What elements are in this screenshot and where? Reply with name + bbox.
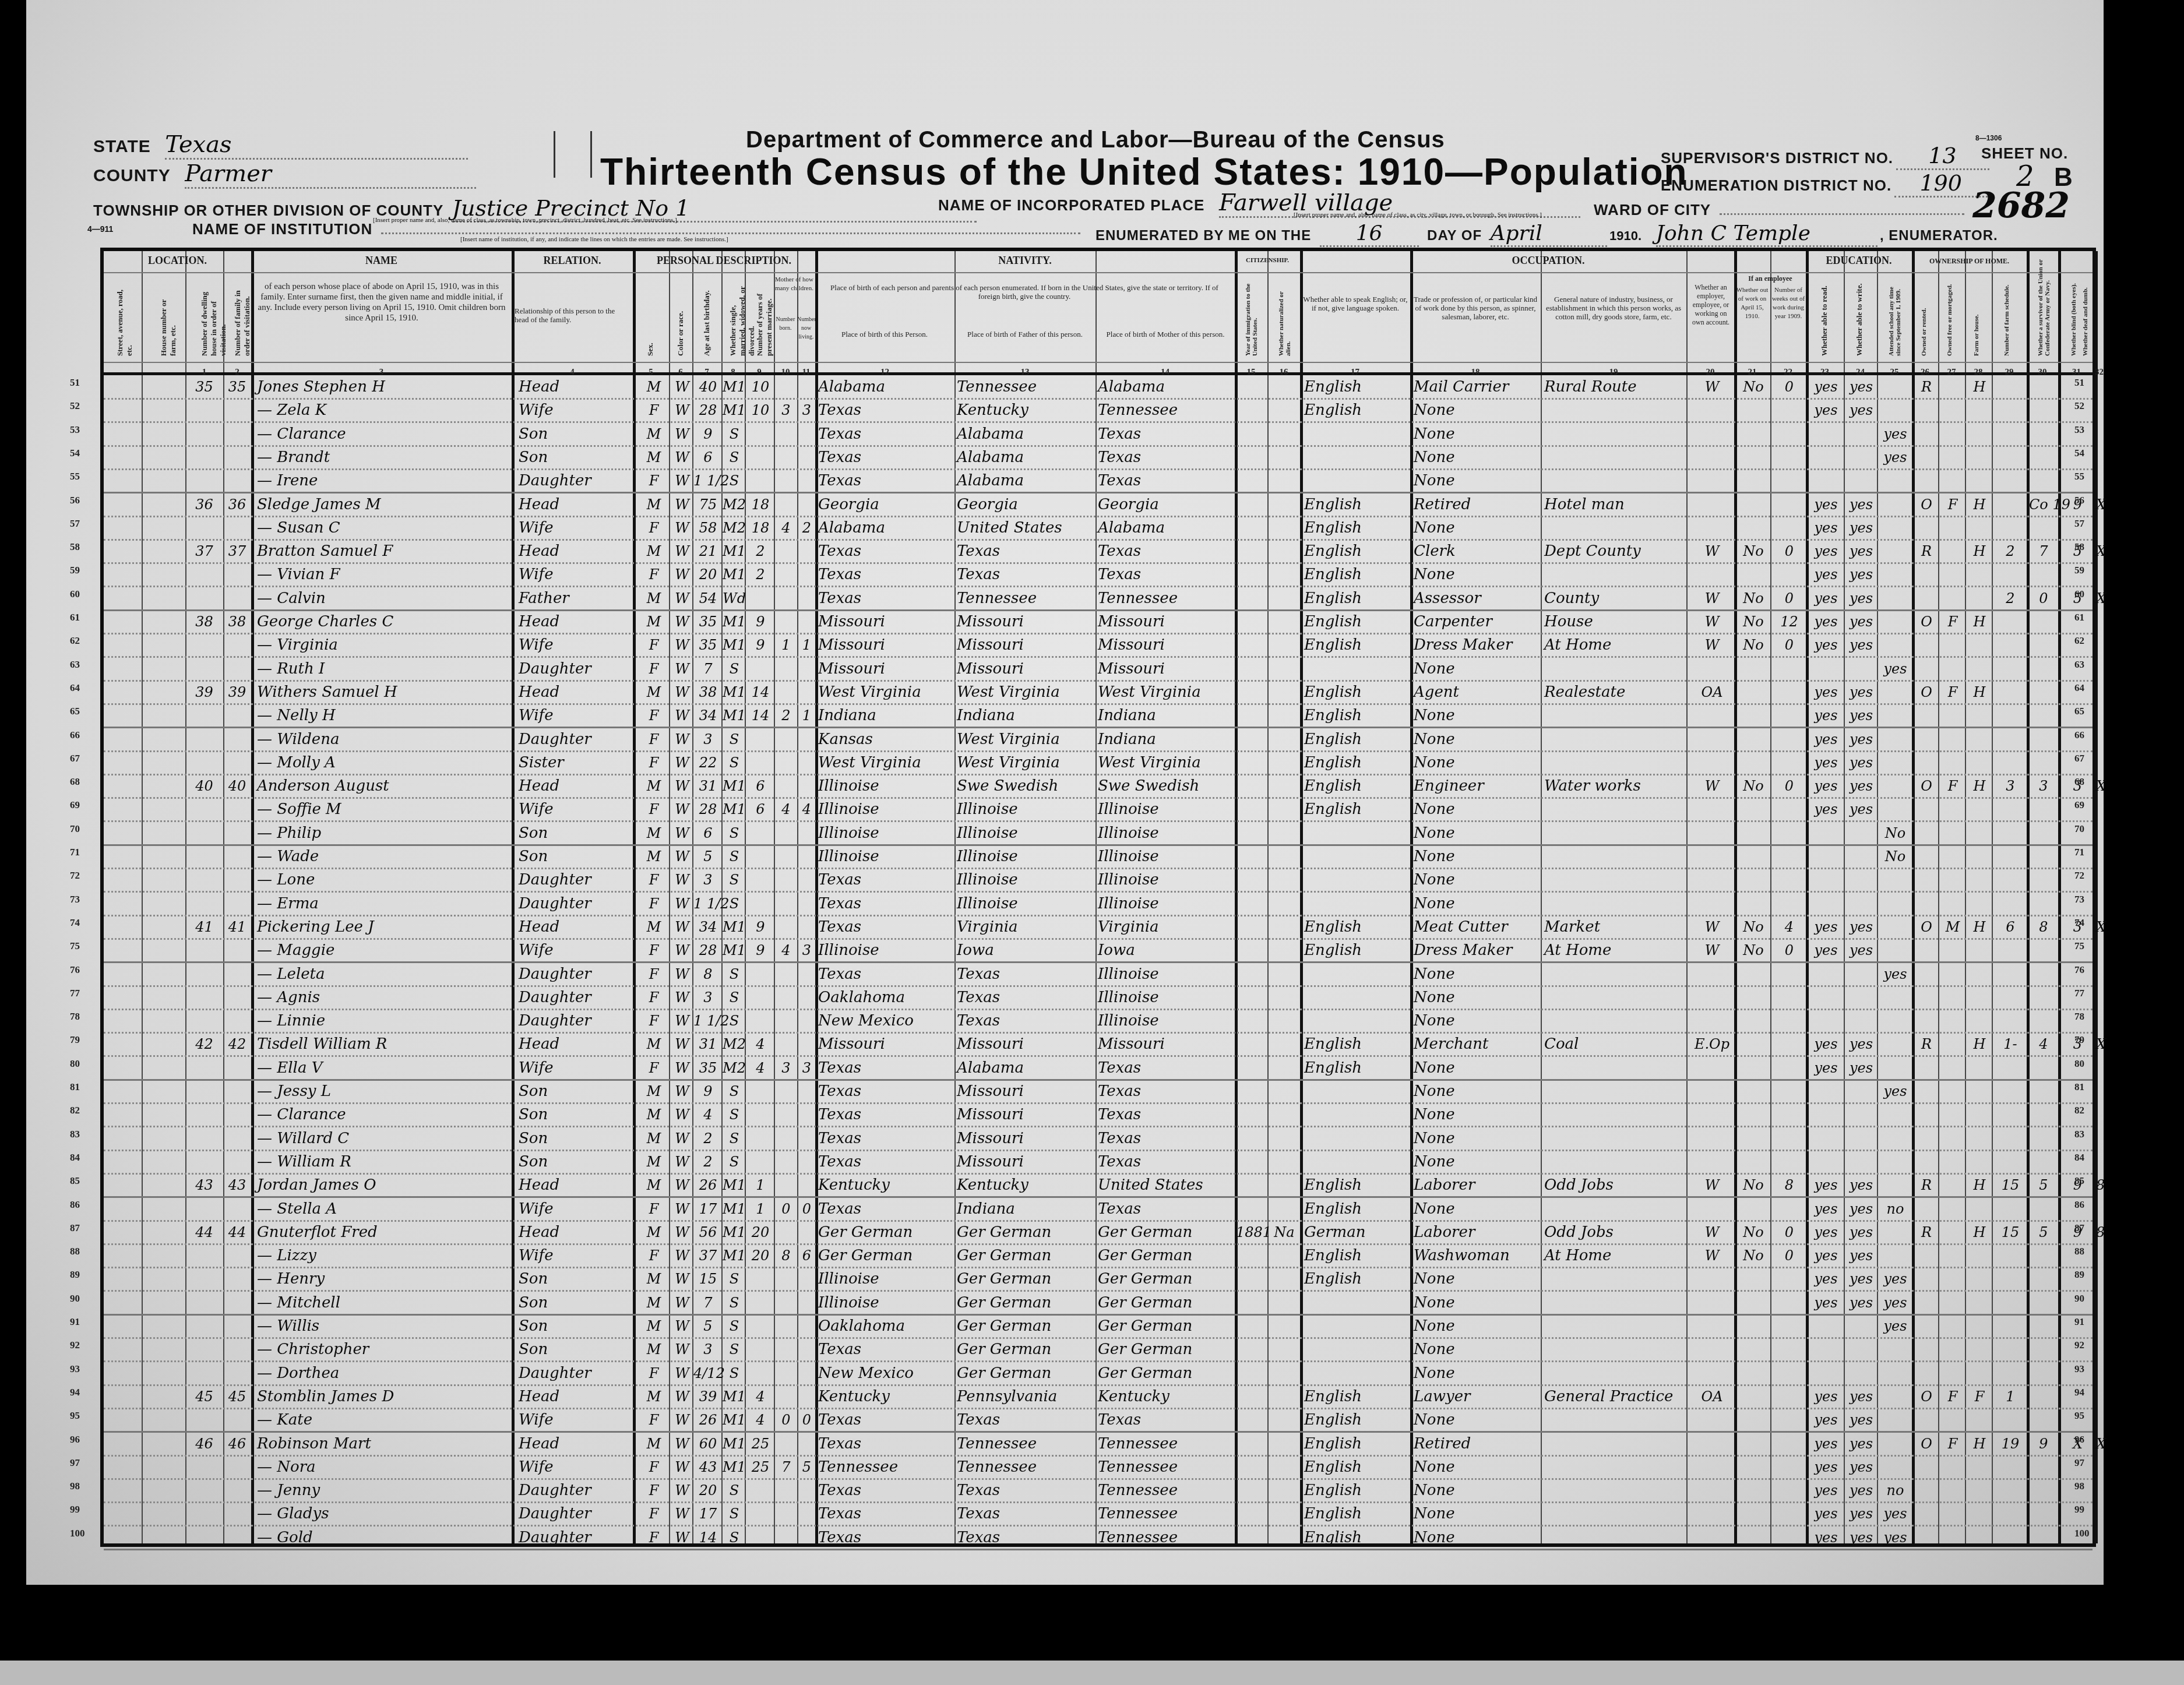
sex-cell: F	[639, 798, 669, 820]
language-cell	[1304, 1292, 1410, 1314]
race-cell: W	[672, 1268, 692, 1290]
marital-status-cell: M1	[723, 1456, 746, 1478]
naturalization-cell	[1269, 845, 1300, 868]
children-born-cell	[775, 493, 797, 516]
can-write-cell: yes	[1845, 798, 1877, 820]
employer-status-cell	[1690, 1292, 1734, 1314]
father-birthplace-cell: West Virginia	[957, 752, 1095, 774]
sex-cell: M	[639, 1221, 669, 1243]
age-cell: 4	[693, 1104, 723, 1126]
deaf-dumb-cell	[2096, 1503, 2097, 1525]
free-mortgaged-cell	[1940, 704, 1965, 727]
can-write-cell	[1845, 1010, 1877, 1032]
children-born-cell	[775, 893, 797, 915]
years-married-cell	[747, 587, 774, 609]
table-row: 4545Stomblin James DHeadMW39M14KentuckyP…	[104, 1384, 2093, 1409]
employer-status-cell: W	[1690, 1245, 1734, 1267]
sex-cell: M	[639, 1174, 669, 1196]
weeks-out-cell: 0	[1773, 939, 1806, 961]
sex-cell: F	[639, 752, 669, 774]
owned-rented-cell	[1915, 1527, 1938, 1549]
years-married-cell	[747, 1268, 774, 1290]
race-cell: W	[672, 704, 692, 727]
age-cell: 26	[693, 1174, 723, 1196]
language-cell: English	[1304, 775, 1410, 797]
weeks-out-cell: 0	[1773, 1221, 1806, 1243]
veteran-cell	[2029, 963, 2058, 985]
age-cell: 9	[693, 423, 723, 445]
naturalization-cell	[1269, 423, 1300, 445]
marital-status-cell: S	[723, 1151, 746, 1173]
years-married-cell: 14	[747, 681, 774, 703]
race-cell: W	[672, 775, 692, 797]
language-cell	[1304, 658, 1410, 680]
weeks-out-cell	[1773, 1033, 1806, 1055]
weeks-out-cell	[1773, 446, 1806, 468]
table-row: 4242Tisdell William RHeadMW31M24Missouri…	[104, 1032, 2093, 1057]
table-row: — Vivian FWifeFW20M12TexasTexasTexasEngl…	[104, 562, 2093, 587]
father-birthplace-cell: Tennessee	[957, 1456, 1095, 1478]
line-number: 63	[2074, 659, 2084, 671]
table-row: — Molly ASisterFW22SWest VirginiaWest Vi…	[104, 750, 2093, 775]
table-row: — MitchellSonMW7SIllinoiseGer GermanGer …	[104, 1291, 2093, 1316]
years-married-cell	[747, 728, 774, 750]
line-number: 79	[2074, 1034, 2084, 1046]
age-cell: 43	[693, 1456, 723, 1478]
out-of-work-cell	[1736, 1292, 1770, 1314]
owned-rented-cell	[1915, 893, 1938, 915]
farm-schedule-cell	[1994, 728, 2027, 750]
attended-school-cell	[1879, 752, 1912, 774]
can-read-cell: yes	[1808, 1198, 1844, 1220]
vhead-mortgage: Owned free or mortgaged.	[1946, 280, 1953, 356]
free-mortgaged-cell	[1940, 1057, 1965, 1079]
owned-rented-cell: O	[1915, 1386, 1938, 1408]
naturalization-cell	[1269, 1479, 1300, 1501]
family-number-cell	[223, 798, 251, 820]
person-name-cell: — Wildena	[257, 728, 513, 750]
dwelling-number-cell	[185, 587, 223, 609]
children-living-cell	[798, 493, 815, 516]
language-cell	[1304, 1010, 1410, 1032]
age-cell: 3	[693, 1338, 723, 1360]
father-birthplace-cell: Missouri	[957, 1151, 1095, 1173]
header-ownership: Ownership of Home.	[1912, 257, 2027, 266]
sex-cell: M	[639, 493, 669, 516]
family-number-cell	[223, 446, 251, 468]
employer-status-cell: W	[1690, 587, 1734, 609]
owned-rented-cell	[1915, 1057, 1938, 1079]
free-mortgaged-cell	[1940, 517, 1965, 539]
col14-header: Place of birth of Mother of this person.	[1098, 330, 1232, 339]
veteran-cell	[2029, 1057, 2058, 1079]
father-birthplace-cell: Missouri	[957, 611, 1095, 633]
industry-cell	[1544, 845, 1686, 868]
line-number: 88	[2074, 1246, 2084, 1257]
sex-cell: M	[639, 1080, 669, 1102]
immigration-year-cell	[1236, 728, 1267, 750]
birthplace-cell: Texas	[818, 587, 954, 609]
table-row: — VirginiaWifeFW35M1911MissouriMissouriM…	[104, 633, 2093, 658]
naturalization-cell	[1269, 893, 1300, 915]
owned-rented-cell	[1915, 1292, 1938, 1314]
farm-schedule-cell	[1994, 399, 2027, 421]
line-number: 59	[2074, 565, 2084, 576]
birthplace-cell: Ger German	[818, 1221, 954, 1243]
line-number: 65	[70, 706, 80, 717]
race-cell: W	[672, 822, 692, 844]
marital-status-cell: M1	[723, 681, 746, 703]
can-write-cell	[1845, 1127, 1877, 1150]
occupation-cell: Retired	[1414, 1433, 1541, 1455]
years-married-cell	[747, 1151, 774, 1173]
birthplace-cell: Texas	[818, 1409, 954, 1431]
immigration-year-cell	[1236, 1315, 1267, 1337]
family-number-cell	[223, 704, 251, 727]
line-number: 63	[70, 659, 80, 671]
weeks-out-cell	[1773, 517, 1806, 539]
weeks-out-cell	[1773, 728, 1806, 750]
can-read-cell: yes	[1808, 798, 1844, 820]
father-birthplace-cell: Illinoise	[957, 893, 1095, 915]
birthplace-cell: Texas	[818, 563, 954, 586]
children-living-cell: 1	[798, 704, 815, 727]
employer-status-cell	[1690, 1268, 1734, 1290]
race-cell: W	[672, 563, 692, 586]
free-mortgaged-cell	[1940, 1315, 1965, 1337]
relation-cell: Wife	[519, 1456, 633, 1478]
attended-school-cell	[1879, 493, 1912, 516]
employer-status-cell: W	[1690, 634, 1734, 656]
can-read-cell: yes	[1808, 916, 1844, 938]
enumerated-month: April	[1491, 221, 1607, 247]
immigration-year-cell	[1236, 1503, 1267, 1525]
birthplace-cell: Oaklahoma	[818, 1315, 954, 1337]
industry-cell	[1544, 1433, 1686, 1455]
line-number: 54	[70, 447, 80, 459]
age-cell: 28	[693, 798, 723, 820]
header-nativity: Nativity.	[815, 255, 1235, 267]
race-cell: W	[672, 1127, 692, 1150]
can-read-cell: yes	[1808, 563, 1844, 586]
employer-status-cell	[1690, 869, 1734, 891]
immigration-year-cell	[1236, 1433, 1267, 1455]
industry-cell: Water works	[1544, 775, 1686, 797]
can-read-cell	[1808, 893, 1844, 915]
can-read-cell: yes	[1808, 517, 1844, 539]
owned-rented-cell: O	[1915, 611, 1938, 633]
line-number: 91	[2074, 1316, 2084, 1328]
sex-cell: F	[639, 1527, 669, 1549]
children-living-cell	[798, 1151, 815, 1173]
free-mortgaged-cell	[1940, 470, 1965, 492]
dwelling-number-cell	[185, 446, 223, 468]
language-cell	[1304, 986, 1410, 1009]
father-birthplace-cell: Illinoise	[957, 869, 1095, 891]
attended-school-cell: yes	[1879, 963, 1912, 985]
family-number-cell: 44	[223, 1221, 251, 1243]
person-name-cell: — Mitchell	[257, 1292, 513, 1314]
relation-cell: Son	[519, 1292, 633, 1314]
race-cell: W	[672, 634, 692, 656]
occupation-cell: None	[1414, 1292, 1541, 1314]
free-mortgaged-cell: F	[1940, 775, 1965, 797]
line-number: 76	[2074, 964, 2084, 976]
marital-status-cell: S	[723, 752, 746, 774]
family-number-cell	[223, 845, 251, 868]
children-born-cell: 0	[775, 1198, 797, 1220]
children-living-cell: 0	[798, 1409, 815, 1431]
weeks-out-cell	[1773, 1151, 1806, 1173]
person-name-cell: — Dorthea	[257, 1362, 513, 1384]
attended-school-cell	[1879, 563, 1912, 586]
family-number-cell	[223, 1057, 251, 1079]
owned-rented-cell	[1915, 423, 1938, 445]
occupation-cell: None	[1414, 986, 1541, 1009]
children-living-cell	[798, 1292, 815, 1314]
person-name-cell: — Wade	[257, 845, 513, 868]
family-number-cell	[223, 470, 251, 492]
industry-cell	[1544, 704, 1686, 727]
can-write-cell: yes	[1845, 1433, 1877, 1455]
dwelling-number-cell	[185, 1362, 223, 1384]
owned-rented-cell: R	[1915, 1033, 1938, 1055]
line-number: 57	[2074, 518, 2084, 530]
employer-status-cell	[1690, 1456, 1734, 1478]
children-born-cell	[775, 1268, 797, 1290]
veteran-cell	[2029, 893, 2058, 915]
employer-status-cell: W	[1690, 1221, 1734, 1243]
veteran-cell	[2029, 658, 2058, 680]
can-read-cell	[1808, 822, 1844, 844]
farm-house-cell: H	[1967, 681, 1992, 703]
out-of-work-cell	[1736, 1409, 1770, 1431]
owned-rented-cell	[1915, 986, 1938, 1009]
children-born-cell	[775, 376, 797, 398]
farm-house-cell	[1967, 1479, 1992, 1501]
line-number: 95	[2074, 1410, 2084, 1422]
can-read-cell: yes	[1808, 728, 1844, 750]
mother-birthplace-cell: Illinoise	[1098, 869, 1235, 891]
dwelling-number-cell	[185, 728, 223, 750]
relation-cell: Head	[519, 611, 633, 633]
free-mortgaged-cell	[1940, 1268, 1965, 1290]
out-of-work-cell	[1736, 1338, 1770, 1360]
years-married-cell	[747, 963, 774, 985]
attended-school-cell	[1879, 1456, 1912, 1478]
dwelling-number-cell: 40	[185, 775, 223, 797]
supervisor-value: 13	[1896, 143, 1989, 170]
naturalization-cell	[1269, 493, 1300, 516]
farm-schedule-cell	[1994, 423, 2027, 445]
person-name-cell: — Agnis	[257, 986, 513, 1009]
can-write-cell	[1845, 1151, 1877, 1173]
father-birthplace-cell: Texas	[957, 1527, 1095, 1549]
veteran-cell	[2029, 563, 2058, 586]
years-married-cell	[747, 658, 774, 680]
age-cell: 37	[693, 1245, 723, 1267]
years-married-cell	[747, 1127, 774, 1150]
table-row: — WildenaDaughterFW3SKansasWest Virginia…	[104, 727, 2093, 752]
mother-birthplace-cell: Texas	[1098, 563, 1235, 586]
children-living-cell	[798, 1527, 815, 1549]
line-number: 92	[2074, 1339, 2084, 1351]
weeks-out-cell	[1773, 493, 1806, 516]
owned-rented-cell	[1915, 1198, 1938, 1220]
veteran-cell: 8	[2029, 916, 2058, 938]
language-cell: English	[1304, 1479, 1410, 1501]
binding-hole	[2108, 326, 2129, 347]
can-write-cell: yes	[1845, 563, 1877, 586]
birthplace-cell: Illinoise	[818, 798, 954, 820]
dwelling-number-cell	[185, 939, 223, 961]
age-cell: 17	[693, 1503, 723, 1525]
father-birthplace-cell: Kentucky	[957, 399, 1095, 421]
language-cell	[1304, 893, 1410, 915]
employer-status-cell	[1690, 1057, 1734, 1079]
line-number: 84	[70, 1152, 80, 1164]
industry-cell	[1544, 1362, 1686, 1384]
farm-house-cell	[1967, 893, 1992, 915]
out-of-work-cell: No	[1736, 587, 1770, 609]
out-of-work-cell	[1736, 798, 1770, 820]
children-born-cell: 7	[775, 1456, 797, 1478]
farm-schedule-cell: 2	[1994, 587, 2027, 609]
dwelling-number-cell	[185, 1010, 223, 1032]
language-cell: English	[1304, 704, 1410, 727]
dwelling-number-cell	[185, 1315, 223, 1337]
occupation-cell: None	[1414, 1198, 1541, 1220]
can-read-cell	[1808, 1080, 1844, 1102]
weeks-out-cell	[1773, 1080, 1806, 1102]
father-birthplace-cell: Missouri	[957, 634, 1095, 656]
age-cell: 5	[693, 845, 723, 868]
occupation-cell: None	[1414, 1479, 1541, 1501]
children-born-cell	[775, 1386, 797, 1408]
free-mortgaged-cell	[1940, 728, 1965, 750]
marital-status-cell: S	[723, 728, 746, 750]
owned-rented-cell	[1915, 517, 1938, 539]
employer-status-cell	[1690, 986, 1734, 1009]
line-number: 98	[2074, 1480, 2084, 1492]
occupation-cell: Merchant	[1414, 1033, 1541, 1055]
line-number: 100	[70, 1528, 85, 1539]
veteran-cell	[2029, 1292, 2058, 1314]
deaf-dumb-cell: X	[2096, 493, 2097, 516]
relation-cell: Daughter	[519, 1010, 633, 1032]
race-cell: W	[672, 963, 692, 985]
immigration-year-cell	[1236, 658, 1267, 680]
immigration-year-cell	[1236, 845, 1267, 868]
race-cell: W	[672, 798, 692, 820]
language-cell	[1304, 470, 1410, 492]
mother-birthplace-cell: Illinoise	[1098, 1010, 1235, 1032]
language-cell: English	[1304, 1174, 1410, 1196]
mother-birthplace-cell: Tennessee	[1098, 1433, 1235, 1455]
language-cell	[1304, 1338, 1410, 1360]
person-name-cell: — Lone	[257, 869, 513, 891]
family-number-cell: 43	[223, 1174, 251, 1196]
family-number-cell	[223, 728, 251, 750]
children-living-cell	[798, 423, 815, 445]
children-living-cell	[798, 587, 815, 609]
person-name-cell: Jones Stephen H	[257, 376, 513, 398]
immigration-year-cell	[1236, 1198, 1267, 1220]
farm-house-cell	[1967, 1315, 1992, 1337]
person-name-cell: — Molly A	[257, 752, 513, 774]
mother-birthplace-cell: Texas	[1098, 1104, 1235, 1126]
years-married-cell	[747, 446, 774, 468]
attended-school-cell	[1879, 986, 1912, 1009]
attended-school-cell	[1879, 376, 1912, 398]
children-born-cell	[775, 611, 797, 633]
children-living-cell	[798, 1033, 815, 1055]
sex-cell: M	[639, 1033, 669, 1055]
dwelling-number-cell	[185, 1409, 223, 1431]
relation-cell: Daughter	[519, 470, 633, 492]
sex-cell: F	[639, 939, 669, 961]
children-living-cell	[798, 446, 815, 468]
race-cell: W	[672, 446, 692, 468]
immigration-year-cell	[1236, 1010, 1267, 1032]
line-number: 90	[2074, 1293, 2084, 1305]
veteran-cell: 4	[2029, 1033, 2058, 1055]
line-number: 88	[70, 1246, 80, 1257]
sex-cell: F	[639, 1479, 669, 1501]
deaf-dumb-cell	[2096, 939, 2097, 961]
person-name-cell: Jordan James O	[257, 1174, 513, 1196]
out-of-work-cell	[1736, 728, 1770, 750]
attended-school-cell: yes	[1879, 658, 1912, 680]
can-read-cell: yes	[1808, 939, 1844, 961]
immigration-year-cell	[1236, 1104, 1267, 1126]
employer-status-cell	[1690, 798, 1734, 820]
can-write-cell	[1845, 1315, 1877, 1337]
race-cell: W	[672, 869, 692, 891]
person-name-cell: Sledge James M	[257, 493, 513, 516]
immigration-year-cell	[1236, 563, 1267, 586]
farm-house-cell	[1967, 1104, 1992, 1126]
children-born-cell: 8	[775, 1245, 797, 1267]
sex-cell: F	[639, 399, 669, 421]
birthplace-cell: Kentucky	[818, 1386, 954, 1408]
table-row: 3838George Charles CHeadMW35M19MissouriM…	[104, 609, 2093, 634]
veteran-cell	[2029, 470, 2058, 492]
farm-house-cell	[1967, 446, 1992, 468]
table-row: 4646Robinson MartHeadMW60M125TexasTennes…	[104, 1432, 2093, 1457]
industry-cell	[1544, 1315, 1686, 1337]
sex-cell: M	[639, 446, 669, 468]
employee-group-header: If an employee	[1735, 274, 1805, 283]
children-born-cell: 3	[775, 1057, 797, 1079]
attended-school-cell: no	[1879, 1479, 1912, 1501]
line-number: 90	[70, 1293, 80, 1305]
can-read-cell	[1808, 470, 1844, 492]
attended-school-cell: yes	[1879, 1268, 1912, 1290]
weeks-out-cell	[1773, 869, 1806, 891]
naturalization-cell	[1269, 1338, 1300, 1360]
father-birthplace-cell: Tennessee	[957, 1433, 1095, 1455]
table-row: — Jessy LSonMW9STexasMissouriTexasNoneye…	[104, 1079, 2093, 1104]
employer-status-cell	[1690, 1362, 1734, 1384]
immigration-year-cell	[1236, 939, 1267, 961]
deaf-dumb-cell	[2096, 1386, 2097, 1408]
can-write-cell: yes	[1845, 1479, 1877, 1501]
dwelling-number-cell: 38	[185, 611, 223, 633]
mother-birthplace-cell: Texas	[1098, 1198, 1235, 1220]
father-birthplace-cell: Missouri	[957, 658, 1095, 680]
can-read-cell: yes	[1808, 1433, 1844, 1455]
